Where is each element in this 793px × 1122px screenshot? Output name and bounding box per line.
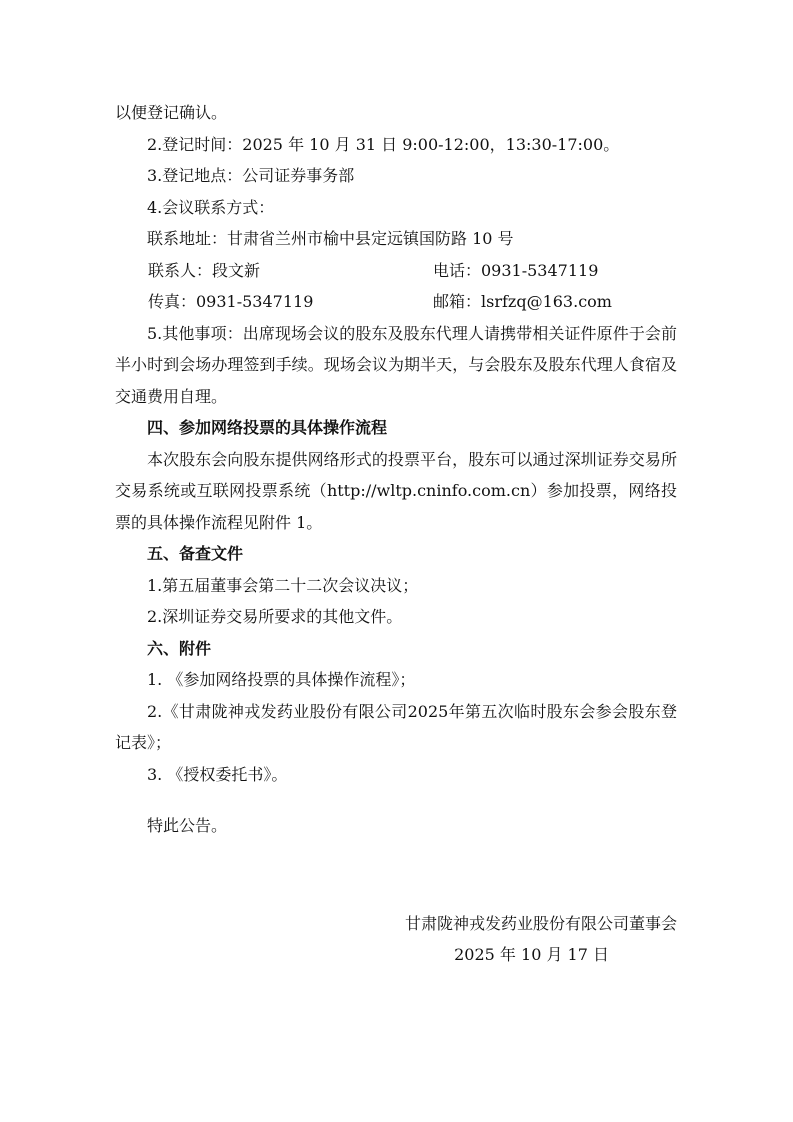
reference-document-item-1: 1.第五届董事会第二十二次会议决议；: [115, 570, 677, 602]
registration-time: 2.登记时间：2025 年 10 月 31 日 9:00-12:00，13:30…: [115, 129, 677, 161]
contact-person: 联系人：段文新: [148, 255, 433, 287]
contact-row-person-phone: 联系人：段文新 电话：0931-5347119: [115, 255, 677, 287]
contact-address: 联系地址：甘肃省兰州市榆中县定远镇国防路 10 号: [115, 223, 677, 255]
signature-company: 甘肃陇神戎发药业股份有限公司董事会: [115, 908, 677, 940]
attachment-item-3: 3. 《授权委托书》。: [115, 759, 677, 791]
document-page: 以便登记确认。 2.登记时间：2025 年 10 月 31 日 9:00-12:…: [0, 0, 793, 1122]
registration-place: 3.登记地点：公司证券事务部: [115, 160, 677, 192]
contact-email: 邮箱：lsrfzq@163.com: [433, 286, 612, 318]
registration-confirm-note: 以便登记确认。: [115, 97, 677, 129]
signature-date: 2025 年 10 月 17 日: [115, 939, 677, 971]
other-matters-paragraph: 5.其他事项：出席现场会议的股东及股东代理人请携带相关证件原件于会前半小时到会场…: [115, 318, 677, 413]
contact-phone: 电话：0931-5347119: [433, 255, 598, 287]
spacer: [115, 842, 677, 908]
reference-document-item-2: 2.深圳证券交易所要求的其他文件。: [115, 601, 677, 633]
section-heading-online-voting: 四、参加网络投票的具体操作流程: [115, 412, 677, 444]
contact-method-header: 4.会议联系方式：: [115, 192, 677, 224]
section-heading-reference-documents: 五、备查文件: [115, 538, 677, 570]
online-voting-paragraph: 本次股东会向股东提供网络形式的投票平台，股东可以通过深圳证券交易所交易系统或互联…: [115, 444, 677, 539]
attachment-item-2: 2.《甘肃陇神戎发药业股份有限公司2025年第五次临时股东会参会股东登记表》；: [115, 696, 677, 759]
section-heading-attachments: 六、附件: [115, 633, 677, 665]
spacer: [115, 790, 677, 810]
contact-row-fax-email: 传真：0931-5347119 邮箱：lsrfzq@163.com: [115, 286, 677, 318]
closing-statement: 特此公告。: [115, 810, 677, 842]
attachment-item-1: 1. 《参加网络投票的具体操作流程》；: [115, 664, 677, 696]
contact-fax: 传真：0931-5347119: [148, 286, 433, 318]
